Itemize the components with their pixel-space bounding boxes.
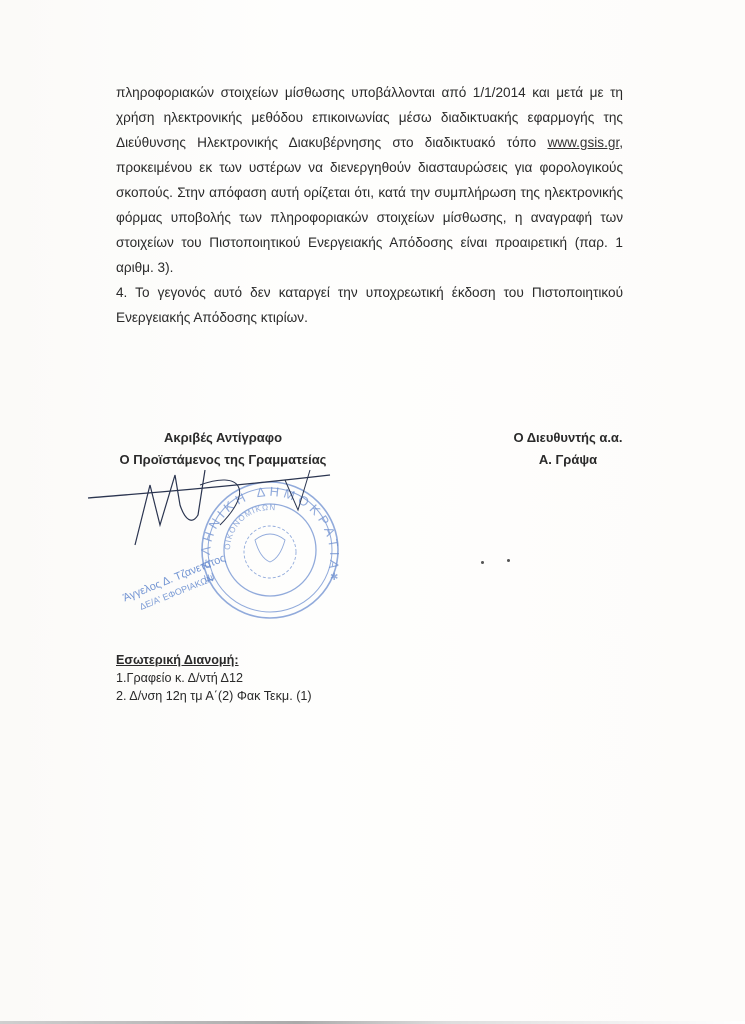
paragraph-4: 4. Το γεγονός αυτό δεν καταργεί την υποχ…: [116, 280, 623, 330]
seal-stamp-icon: ΕΛΛΗΝΙΚΗ ΔΗΜΟΚΡΑΤΙΑ ΟΙΚΟΝΟΜΙΚΩΝ ✱ Άγγελο…: [80, 465, 370, 625]
stamp-and-signature: ΕΛΛΗΝΙΚΗ ΔΗΜΟΚΡΑΤΙΑ ΟΙΚΟΝΟΜΙΚΩΝ ✱ Άγγελο…: [80, 465, 370, 625]
scanned-page: πληροφοριακών στοιχείων μίσθωσης υποβάλλ…: [0, 0, 745, 1024]
gsis-link[interactable]: www.gsis.gr: [547, 135, 619, 150]
distribution-item: 2. Δ/νση 12η τμ Α΄(2) Φακ Τεκμ. (1): [116, 687, 312, 705]
distribution-item: 1.Γραφείο κ. Δ/ντή Δ12: [116, 669, 312, 687]
internal-distribution: Εσωτερική Διανομή: 1.Γραφείο κ. Δ/ντή Δ1…: [116, 651, 312, 705]
svg-text:✱: ✱: [330, 572, 338, 583]
director-label: Ο Διευθυντής α.α.: [500, 427, 636, 449]
exact-copy-label: Ακριβές Αντίγραφο: [112, 427, 334, 449]
signature-block-right: Ο Διευθυντής α.α. Α. Γράψα: [500, 427, 636, 471]
distribution-heading: Εσωτερική Διανομή:: [116, 651, 312, 669]
scan-speck: [481, 561, 484, 564]
paragraph-1: πληροφοριακών στοιχείων μίσθωσης υποβάλλ…: [116, 80, 623, 280]
body-text: πληροφοριακών στοιχείων μίσθωσης υποβάλλ…: [116, 80, 623, 330]
paragraph-1-cont: , προκειμένου εκ των υστέρων να διενεργη…: [116, 135, 623, 275]
director-name: Α. Γράψα: [500, 449, 636, 471]
scan-speck: [507, 559, 510, 562]
